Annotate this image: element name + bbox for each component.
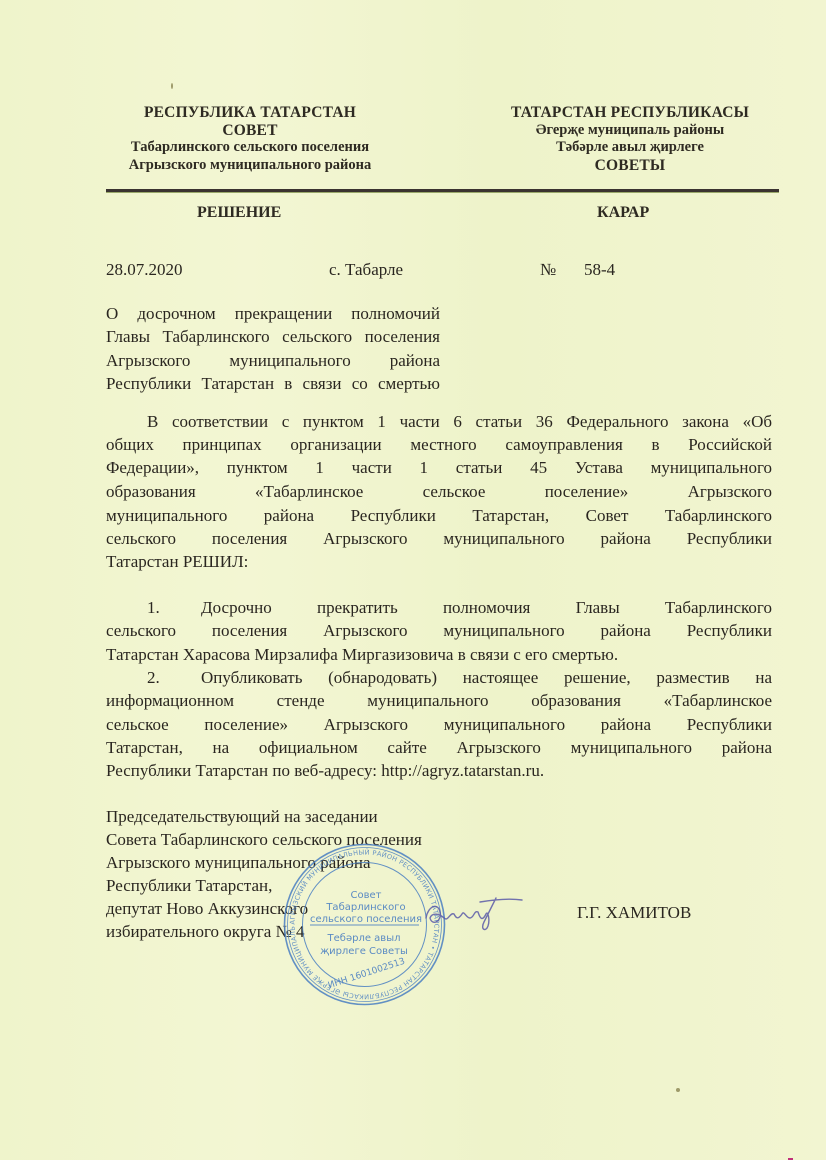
preamble-line: образования «Табарлинское сельское посел… [106, 481, 772, 502]
header-left-council: СОВЕТ [100, 122, 400, 140]
subject-line: Республики Татарстан в связи со смертью [106, 373, 440, 394]
item-line: Татарстан, на официальном сайте Агрызско… [106, 737, 772, 758]
decision-place: с. Табарле [329, 259, 403, 280]
signatory-line: избирательного округа № 4 [106, 921, 305, 942]
decision-date: 28.07.2020 [106, 259, 183, 280]
decision-number: 58-4 [584, 259, 615, 280]
stamp-text: Табарлинского [325, 902, 405, 913]
signer-name: Г.Г. ХАМИТОВ [577, 903, 691, 923]
header-right-council: СОВЕТЫ [495, 157, 765, 175]
item-number: 1. [147, 597, 160, 618]
item-line: информационном стенде муниципального обр… [106, 690, 772, 711]
document-title-tt: КАРАР [597, 204, 649, 222]
header-right-republic: ТАТАРСТАН РЕСПУБЛИКАСЫ [495, 104, 765, 122]
preamble-line: Федерации», пунктом 1 части 1 статьи 45 … [106, 457, 772, 478]
subject-line: О досрочном прекращении полномочий [106, 303, 440, 324]
signatory-line: Председательствующий на заседании [106, 806, 378, 827]
scan-mark [788, 1158, 793, 1160]
subject-line: Агрызского муниципального района [106, 350, 440, 371]
header-left-district: Агрызского муниципального района [100, 157, 400, 175]
item-line-url: Республики Татарстан по веб-адресу: http… [106, 760, 544, 781]
item-line: Татарстан Харасова Мирзалифа Миргазизови… [106, 644, 618, 665]
item-line: сельского поселения Агрызского муниципал… [106, 620, 772, 641]
stamp-text: сельского поселения [310, 914, 422, 925]
preamble-line: общих принципах организации местного сам… [106, 434, 772, 455]
item-line: Опубликовать (обнародовать) настоящее ре… [201, 667, 772, 688]
item-line: Досрочно прекратить полномочия Главы Таб… [201, 597, 772, 618]
scan-edge [0, 1160, 826, 1169]
preamble-line: сельского поселения Агрызского муниципал… [106, 528, 772, 549]
item-line: сельское поселение» Агрызского муниципал… [106, 714, 772, 735]
scan-speck [676, 1088, 680, 1092]
preamble-line-resolved: Татарстан РЕШИЛ: [106, 551, 248, 572]
header-right: ТАТАРСТАН РЕСПУБЛИКАСЫ Әгерҗе муниципаль… [495, 104, 765, 174]
scan-speck [171, 83, 173, 89]
header-right-settlement: Тәбәрле авыл җирлеге [495, 139, 765, 157]
item-number: 2. [147, 667, 160, 688]
header-left-settlement: Табарлинского сельского поселения [100, 139, 400, 157]
preamble-line: муниципального района Республики Татарст… [106, 505, 772, 526]
signatory-line: депутат Ново Аккузинского [106, 898, 308, 919]
preamble-line: В соответствии с пунктом 1 части 6 стать… [147, 411, 772, 432]
header-right-district: Әгерҗе муниципаль районы [495, 122, 765, 140]
document-title-ru: РЕШЕНИЕ [197, 204, 281, 222]
stamp-text: Тебәрле авыл [327, 933, 401, 944]
number-sign: № [540, 259, 556, 280]
header-divider [106, 189, 779, 192]
handwritten-signature-icon [418, 888, 523, 936]
header-left: РЕСПУБЛИКА ТАТАРСТАН СОВЕТ Табарлинского… [100, 104, 400, 174]
stamp-text: җирлеге Советы [320, 946, 408, 957]
scan-speck [271, 815, 273, 818]
header-left-republic: РЕСПУБЛИКА ТАТАРСТАН [100, 104, 400, 122]
subject-line: Главы Табарлинского сельского поселения [106, 326, 440, 347]
signatory-line: Республики Татарстан, [106, 875, 272, 896]
stamp-text: Совет [351, 890, 382, 901]
